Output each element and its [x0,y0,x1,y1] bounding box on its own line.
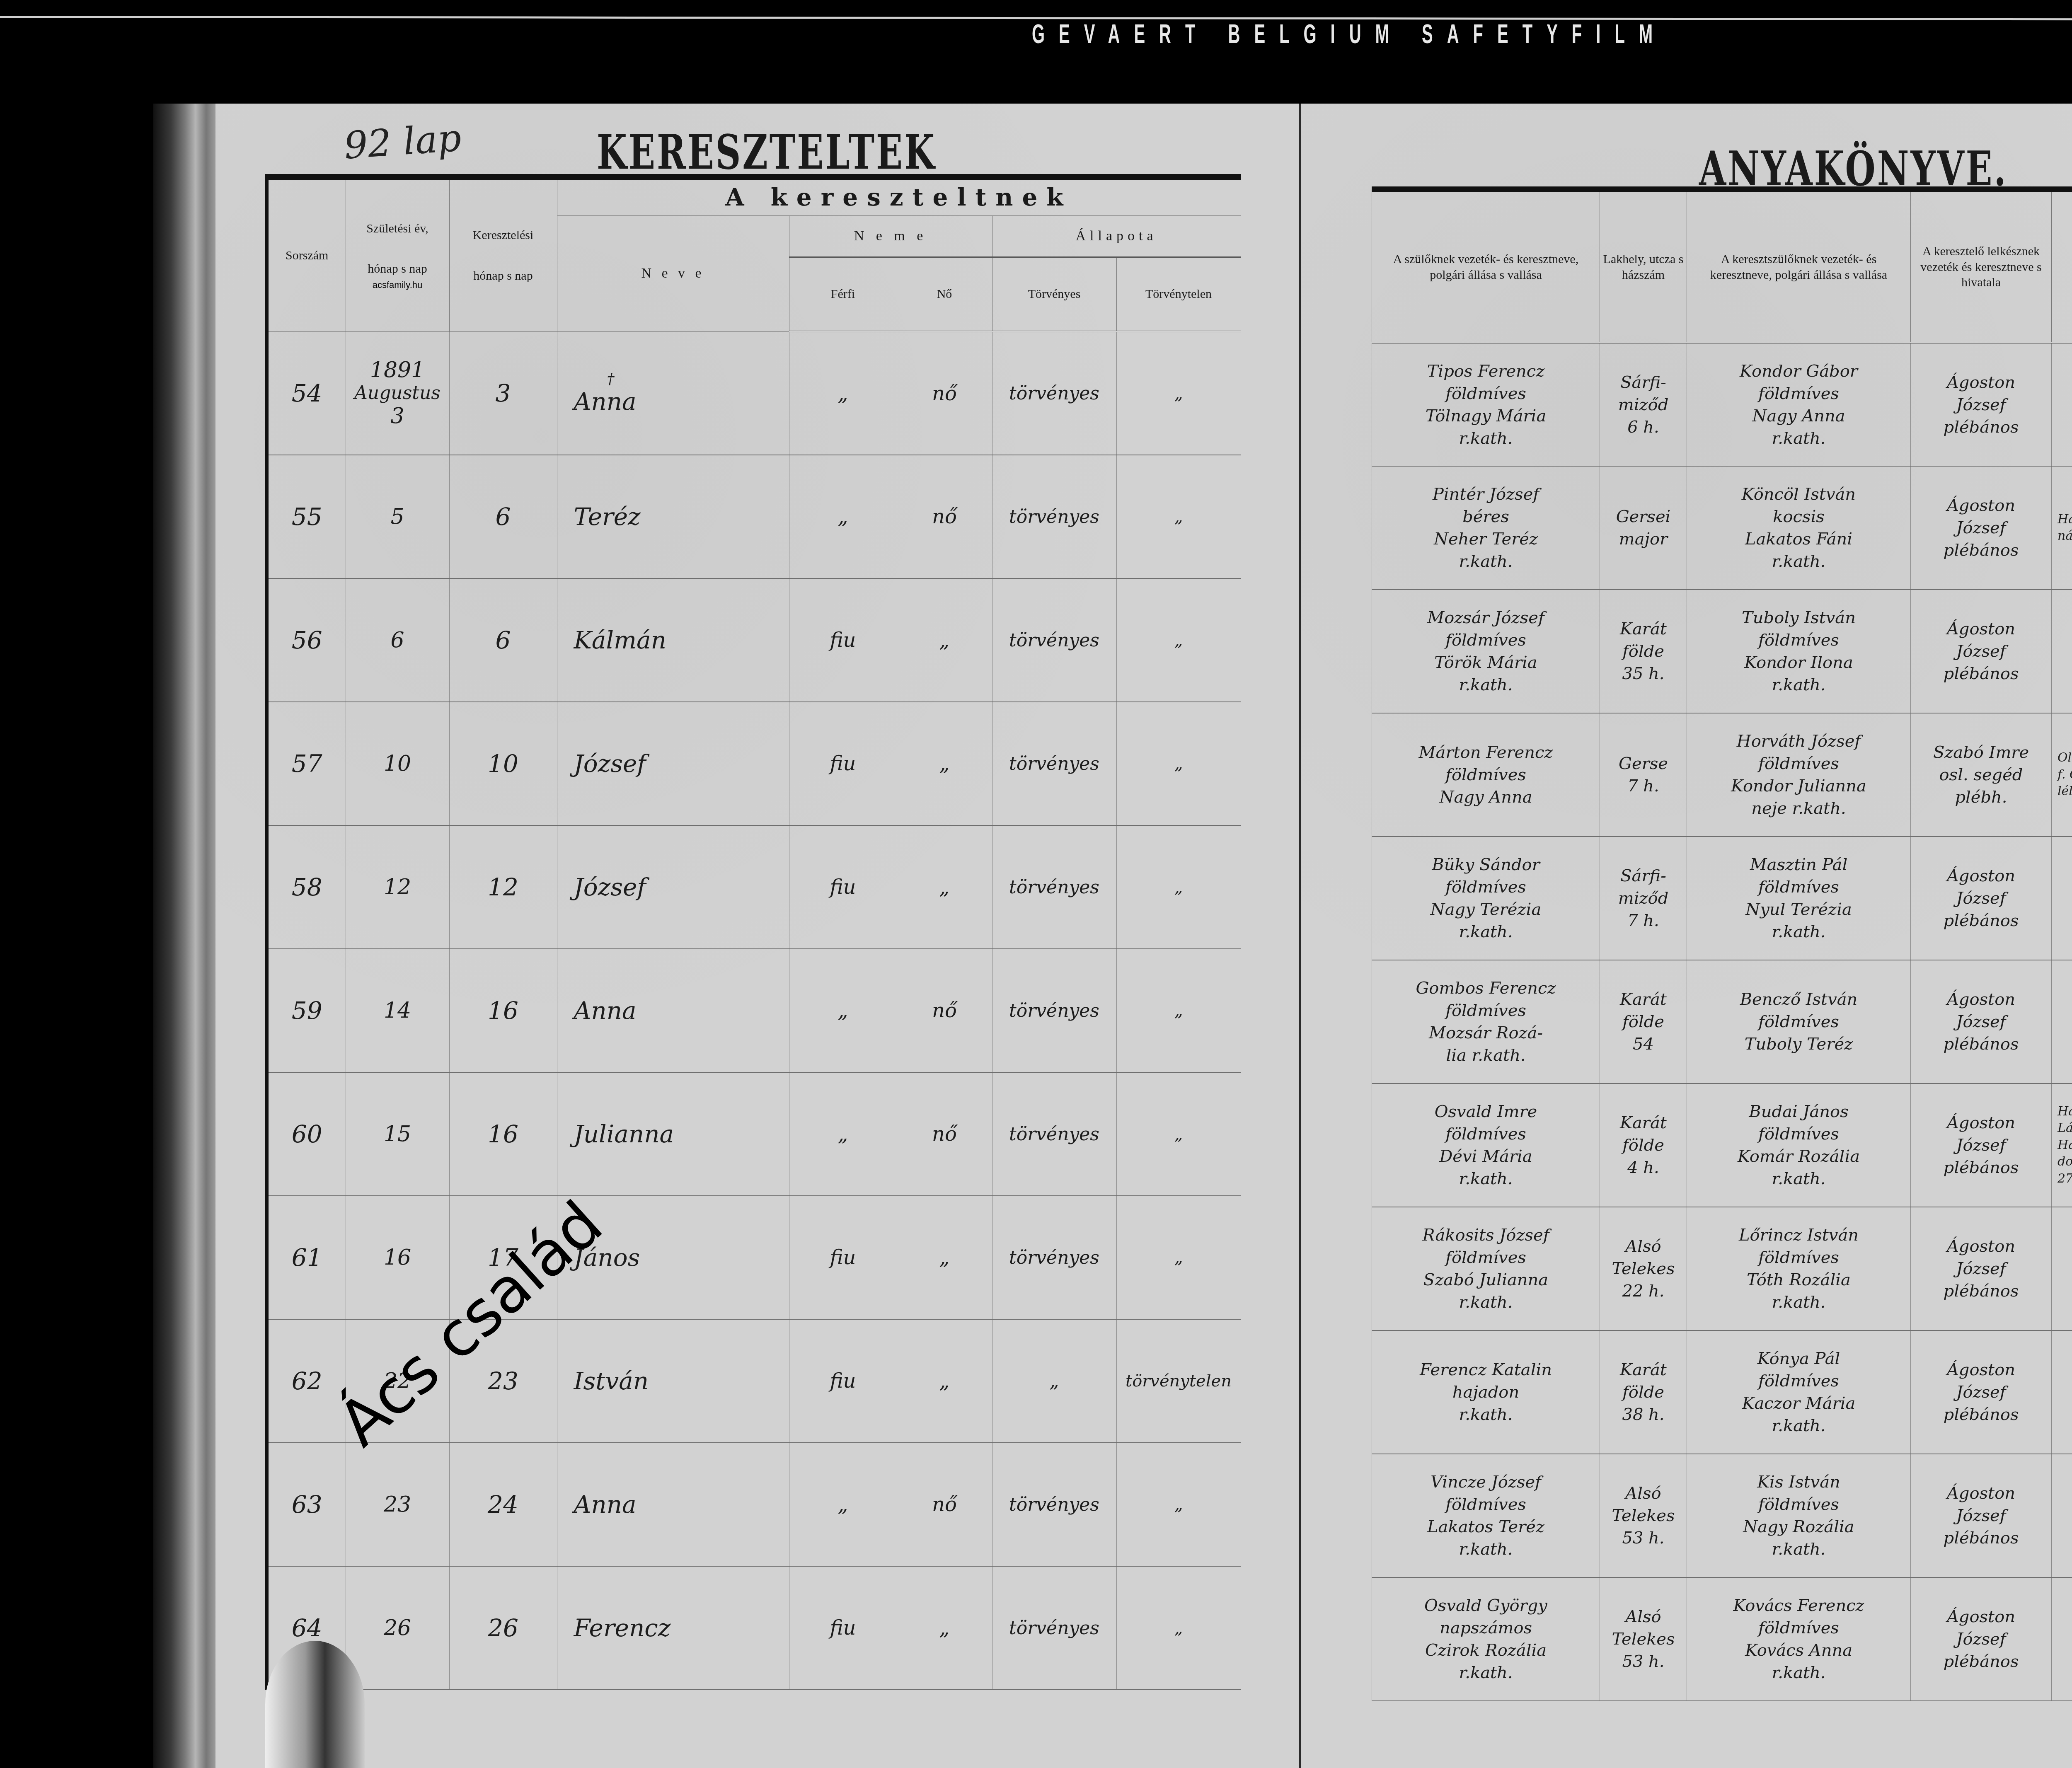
parents-line: Osvald Imre [1372,1100,1600,1123]
page-title-left: KERESZTELTEK [597,124,936,180]
baptism-day: 16 [449,949,557,1072]
godparents-line: Köncöl István [1687,483,1910,505]
remarks-cell [2052,1207,2072,1330]
table-row: Osvald ImreföldmívesDévi Máriar.kath.Kar… [1372,1084,2072,1207]
godparents-line: Kondor Gábor [1687,360,1910,382]
birth-date: 26 [346,1566,449,1690]
parents-line: r.kath. [1372,550,1600,573]
parents-cell: Márton FerenczföldmívesNagy Anna [1372,713,1600,837]
entry-number: 58 [267,825,346,949]
priest-line: Ágoston [1911,1359,2051,1381]
residence-line: 54 [1600,1033,1687,1055]
table-row: Pintér JózsefbéresNeher Terézr.kath.Gers… [1372,466,2072,590]
status-illegitimate: „ [1116,702,1241,825]
godparents-line: földmíves [1687,629,1910,651]
baptism-day: 3 [449,331,557,455]
godparents-line: földmíves [1687,876,1910,898]
birth-date: 5 [346,455,449,578]
parents-line: földmíves [1372,1493,1600,1516]
table-row: Márton FerenczföldmívesNagy AnnaGerse7 h… [1372,713,2072,837]
residence-cell: AlsóTelekes22 h. [1600,1207,1687,1330]
priest-line: plébános [1911,1280,2051,1302]
residence-cell: AlsóTelekes53 h. [1600,1454,1687,1577]
godparents-line: Tuboly István [1687,607,1910,629]
table-row: 5666Kálmánfiu„törvényes„ [267,578,1241,702]
status-legitimate: törvényes [992,455,1116,578]
priest-cell: ÁgostonJózsefplébános [1911,1207,2052,1330]
header-baptism-line1: Keresztelési [451,227,555,243]
priest-cell: ÁgostonJózsefplébános [1911,960,2052,1084]
residence-line: Telekes [1600,1628,1687,1650]
table-row: Büky SándorföldmívesNagy Teréziar.kath.S… [1372,837,2072,960]
header-sex: N e m e [789,215,992,257]
entry-number: 62 [267,1319,346,1443]
residence-line: Alsó [1600,1606,1687,1628]
parents-line: Lakatos Teréz [1372,1516,1600,1538]
godparents-line: r.kath. [1687,427,1910,450]
status-legitimate: törvényes [992,578,1116,702]
book-spine-left [153,104,224,1768]
table-row: 591416Anna„nőtörvényes„ [267,949,1241,1072]
godparents-line: földmíves [1687,1493,1910,1516]
priest-cell: ÁgostonJózsefplébános [1911,1454,2052,1577]
remarks-cell: Olvashatatlan szülöttf. Osztoni kereszte… [2052,713,2072,837]
birth-day: 3 [346,404,449,428]
parents-line: Dévi Mária [1372,1145,1600,1168]
header-illegitimate: Törvénytelen [1116,257,1241,331]
godparents-line: Bencző István [1687,988,1910,1011]
status-legitimate: törvényes [992,1196,1116,1319]
sex-female: nő [897,1443,992,1566]
entry-number: 54 [267,331,346,455]
birth-year: 1891 [346,358,449,382]
residence-cell: Sárfi-miződ7 h. [1600,837,1687,960]
parents-line: hajadon [1372,1381,1600,1403]
table-row: Rákosits JózsefföldmívesSzabó Juliannar.… [1372,1207,2072,1330]
header-parents: A szülőknek vezeték- és keresztneve, pol… [1372,189,1600,343]
child-name-text: Kálmán [574,626,666,654]
header-birth-date: Születési év, hónap s nap acsfamily.hu [346,177,449,331]
parents-line: Pintér József [1372,483,1600,505]
godparents-cell: Horváth JózsefföldmívesKondor Juliannane… [1687,713,1911,837]
remarks-line: f. Osztoni kereszte- [2057,767,2072,784]
remarks-cell [2052,590,2072,713]
godparents-line: földmíves [1687,1011,1910,1033]
godparents-line: r.kath. [1687,1168,1910,1190]
birth-day: 5 [346,504,449,529]
table-row: Tipos FerenczföldmívesTölnagy Máriar.kat… [1372,343,2072,466]
godparents-line: Horváth József [1687,730,1910,752]
residence-line: Sárfi- [1600,865,1687,887]
header-legitimate: Törvényes [992,257,1116,331]
priest-line: József [1911,517,2051,539]
remarks-cell [2052,960,2072,1084]
godparents-cell: Kondor GáborföldmívesNagy Annar.kath. [1687,343,1911,466]
table-row: Ferencz Katalinhajadonr.kath.Karátfölde3… [1372,1330,2072,1454]
residence-line: földe [1600,1381,1687,1403]
priest-line: Ágoston [1911,1235,2051,1258]
parents-line: földmíves [1372,999,1600,1022]
parents-line: r.kath. [1372,1168,1600,1190]
parents-line: földmíves [1372,382,1600,405]
remarks-line: Olvashatatlan szülött [2057,750,2072,767]
parents-line: lia r.kath. [1372,1044,1600,1067]
parents-cell: Vincze JózsefföldmívesLakatos Terézr.kat… [1372,1454,1600,1577]
parents-line: r.kath. [1372,1662,1600,1684]
priest-line: József [1911,1134,2051,1156]
sex-female: nő [897,455,992,578]
page-corner-curl [265,1641,365,1768]
entry-number: 60 [267,1072,346,1196]
residence-line: major [1600,528,1687,550]
sex-female: nő [897,949,992,1072]
status-illegitimate: „ [1116,825,1241,949]
birth-day: 6 [346,628,449,653]
parents-line: Nagy Terézia [1372,898,1600,921]
table-row: 601516Julianna„nőtörvényes„ [267,1072,1241,1196]
status-illegitimate: „ [1116,455,1241,578]
table-row: 581212Józseffiu„törvényes„ [267,825,1241,949]
residence-line: Gersei [1600,505,1687,528]
priest-line: Szabó Imre [1911,741,2051,764]
parents-line: r.kath. [1372,1403,1600,1426]
parents-line: r.kath. [1372,1538,1600,1560]
parents-line: földmíves [1372,629,1600,651]
residence-line: 7 h. [1600,775,1687,797]
godparents-line: Budai János [1687,1100,1910,1123]
godparents-line: r.kath. [1687,1538,1910,1560]
parents-cell: Büky SándorföldmívesNagy Teréziar.kath. [1372,837,1600,960]
child-name-text: Anna [574,1490,637,1519]
baptism-day: 6 [449,455,557,578]
godparents-line: földmíves [1687,1123,1910,1145]
godparents-line: Kondor Julianna [1687,775,1910,797]
child-name-text: Julianna [574,1120,674,1148]
sex-male: „ [789,1072,897,1196]
sex-male: fiu [789,1196,897,1319]
priest-line: József [1911,640,2051,663]
parents-line: Mozsár József [1372,607,1600,629]
remarks-cell [2052,837,2072,960]
table-row: Mozsár JózsefföldmívesTörök Máriar.kath.… [1372,590,2072,713]
priest-line: plébános [1911,909,2051,932]
remarks-line: † 1 Novemb 30 [2057,1380,2072,1404]
parents-line: r.kath. [1372,1291,1600,1313]
godparents-line: Tuboly Teréz [1687,1033,1910,1055]
residence-cell: Gerseimajor [1600,466,1687,590]
header-baptism-date: Keresztelési hónap s nap [449,177,557,331]
priest-cell: Szabó Imreosl. segédplébh. [1911,713,2052,837]
baptism-table-left: Sorszám Születési év, hónap s nap acsfam… [265,174,1241,1690]
header-remarks: Észrevételek. [2052,189,2072,343]
sex-female: „ [897,825,992,949]
priest-line: Ágoston [1911,618,2051,640]
table-row: 642626Ferenczfiu„törvényes„ [267,1566,1241,1690]
parents-line: Osvald György [1372,1594,1600,1617]
godparents-cell: Kis IstvánföldmívesNagy Rozáliar.kath. [1687,1454,1911,1577]
child-name-text: Anna [574,996,637,1025]
priest-line: József [1911,394,2051,416]
parents-line: Vincze József [1372,1471,1600,1493]
parents-cell: Tipos FerenczföldmívesTölnagy Máriar.kat… [1372,343,1600,466]
godparents-cell: Masztin PálföldmívesNyul Teréziar.kath. [1687,837,1911,960]
parents-line: Ferencz Katalin [1372,1359,1600,1381]
baptism-day: 10 [449,702,557,825]
header-birth-line2: hónap s nap [348,261,448,277]
priest-line: plébános [1911,416,2051,438]
residence-line: 22 h. [1600,1280,1687,1302]
residence-line: Alsó [1600,1235,1687,1258]
godparents-line: Kondor Ilona [1687,651,1910,674]
parents-line: napszámos [1372,1617,1600,1639]
status-legitimate: törvényes [992,702,1116,825]
entry-number: 55 [267,455,346,578]
entry-number: 59 [267,949,346,1072]
parents-line: Rákosits József [1372,1224,1600,1246]
entry-number: 57 [267,702,346,825]
sex-female: „ [897,1566,992,1690]
header-name: N e v e [557,215,789,331]
remarks-cell [2052,1454,2072,1577]
godparents-line: Komár Rozália [1687,1145,1910,1168]
godparents-line: földmíves [1687,1246,1910,1269]
priest-line: Ágoston [1911,1112,2051,1134]
residence-line: Gerse [1600,752,1687,775]
status-illegitimate: „ [1116,1566,1241,1690]
birth-day: 10 [346,751,449,776]
header-status: Állapota [992,215,1241,257]
residence-cell: Karátfölde4 h. [1600,1084,1687,1207]
status-illegitimate: „ [1116,1072,1241,1196]
residence-line: 7 h. [1600,909,1687,932]
child-name-text: István [574,1367,649,1395]
residence-line: Karát [1600,1359,1687,1381]
priest-cell: ÁgostonJózsefplébános [1911,466,2052,590]
status-illegitimate: „ [1116,578,1241,702]
remarks-cell: † 1 Novemb 30 [2052,1330,2072,1454]
birth-date: 12 [346,825,449,949]
priest-line: plébános [1911,1156,2051,1179]
birth-day: 26 [346,1616,449,1640]
header-male: Férfi [789,257,897,331]
sex-female: „ [897,702,992,825]
site-watermark: acsfamily.hu [348,279,448,291]
birth-month: Augustus [346,382,449,404]
parents-line: béres [1372,505,1600,528]
child-name: †Anna [557,331,789,455]
priest-line: József [1911,1381,2051,1403]
remarks-line: lélett. [2057,783,2072,800]
residence-line: Telekes [1600,1504,1687,1527]
remarks-line: Házasságra lépett Somogyi [2057,1103,2072,1120]
header-female: Nő [897,257,992,331]
godparents-cell: Kónya PálföldmívesKaczor Máriar.kath. [1687,1330,1911,1454]
parents-line: Büky Sándor [1372,854,1600,876]
header-group-baptized: A kereszteltnek [557,177,1241,215]
parents-line: Neher Teréz [1372,528,1600,550]
birth-day: 23 [346,1492,449,1517]
priest-line: Ágoston [1911,1482,2051,1504]
sex-female: „ [897,578,992,702]
godparents-line: Tóth Rozália [1687,1269,1910,1291]
godparents-line: Kovács Anna [1687,1639,1910,1662]
priest-line: plébános [1911,1033,2051,1055]
residence-line: 38 h. [1600,1403,1687,1426]
priest-line: plébános [1911,1527,2051,1549]
birth-date: 16 [346,1196,449,1319]
parents-line: földmíves [1372,1123,1600,1145]
godparents-line: Kovács Ferencz [1687,1594,1910,1617]
sex-female: „ [897,1319,992,1443]
child-name-text: Teréz [574,503,641,531]
parents-line: földmíves [1372,876,1600,898]
remarks-line: 1897 augustus 12én [2057,405,2072,429]
remarks-cell: Házasságra lépett Iszak Fot-námmal Vámán… [2052,466,2072,590]
residence-line: földe [1600,1134,1687,1156]
status-legitimate: törvényes [992,949,1116,1072]
birth-date: 6 [346,578,449,702]
godparents-line: Kaczor Mária [1687,1392,1910,1415]
parents-line: Tölnagy Mária [1372,405,1600,427]
parents-cell: Gombos FerenczföldmívesMozsár Rozá-lia r… [1372,960,1600,1084]
parents-line: Török Mária [1372,651,1600,674]
priest-cell: ÁgostonJózsefplébános [1911,590,2052,713]
residence-line: Sárfi- [1600,371,1687,394]
baptism-day: 12 [449,825,557,949]
remarks-line: Házasságra lépett Iszak Fot- [2057,511,2072,528]
sex-female: nő [897,1072,992,1196]
birth-date: 14 [346,949,449,1072]
birth-date: 15 [346,1072,449,1196]
child-name: József [557,825,789,949]
priest-cell: ÁgostonJózsefplébános [1911,1330,2052,1454]
residence-line: 53 h. [1600,1650,1687,1673]
parents-cell: Mozsár JózsefföldmívesTörök Máriar.kath. [1372,590,1600,713]
godparents-line: r.kath. [1687,921,1910,943]
birth-day: 14 [346,998,449,1023]
remarks-line: Házasságra lépett Zadra Kon- [2057,1137,2072,1154]
sex-male: „ [789,1443,897,1566]
remarks-cell [2052,1577,2072,1701]
child-name: Julianna [557,1072,789,1196]
godparents-line: r.kath. [1687,1415,1910,1437]
godparents-line: Masztin Pál [1687,854,1910,876]
priest-cell: ÁgostonJózsefplébános [1911,343,2052,466]
priest-line: József [1911,1504,2051,1527]
priest-line: Ágoston [1911,494,2051,517]
child-name: József [557,702,789,825]
entry-number: 61 [267,1196,346,1319]
godparents-line: földmíves [1687,1617,1910,1639]
godparents-line: Lakatos Fáni [1687,528,1910,550]
sex-female: „ [897,1196,992,1319]
residence-cell: Karátfölde54 [1600,960,1687,1084]
godparents-line: kocsis [1687,505,1910,528]
sex-male: fiu [789,1319,897,1443]
table-row: 611617Jánosfiu„törvényes„ [267,1196,1241,1319]
priest-line: plébános [1911,1650,2051,1673]
baptism-day: 24 [449,1443,557,1566]
status-legitimate: törvényes [992,1443,1116,1566]
priest-line: Ágoston [1911,371,2051,394]
godparents-line: r.kath. [1687,1662,1910,1684]
residence-line: földe [1600,1011,1687,1033]
birth-date: 10 [346,702,449,825]
status-illegitimate: törvénytelen [1116,1319,1241,1443]
priest-line: osl. segéd [1911,764,2051,786]
godparents-cell: Kovács FerenczföldmívesKovács Annar.kath… [1687,1577,1911,1701]
godparents-line: Nagy Anna [1687,405,1910,427]
child-name: Kálmán [557,578,789,702]
residence-line: földe [1600,640,1687,663]
table-row: 632324Anna„nőtörvényes„ [267,1443,1241,1566]
godparents-line: Kis István [1687,1471,1910,1493]
sex-male: fiu [789,578,897,702]
parents-cell: Pintér JózsefbéresNeher Terézr.kath. [1372,466,1600,590]
status-legitimate: törvényes [992,1072,1116,1196]
status-illegitimate: „ [1116,1196,1241,1319]
status-legitimate: törvényes [992,1566,1116,1690]
remarks-cell: Házasságra lépett SomogyiLászlóval 1907.… [2052,1084,2072,1207]
godparents-line: r.kath. [1687,550,1910,573]
godparents-line: Kónya Pál [1687,1347,1910,1370]
priest-line: József [1911,1628,2051,1650]
priest-line: Ágoston [1911,1606,2051,1628]
child-name: Teréz [557,455,789,578]
priest-line: József [1911,887,2051,909]
parents-line: Márton Ferencz [1372,741,1600,764]
parents-line: r.kath. [1372,427,1600,450]
baptism-day: 6 [449,578,557,702]
page-number-note: 92 lap [343,116,463,167]
remarks-line: námmal Vámánt 1919. febr. 27. [2057,528,2072,545]
parents-cell: Osvald ImreföldmívesDévi Máriar.kath. [1372,1084,1600,1207]
priest-line: plébános [1911,663,2051,685]
baptism-day: 16 [449,1072,557,1196]
header-birth-line1: Születési év, [348,221,448,237]
remarks-line: dor Istvánnal. Egervárott 1929. nov. 27. [2057,1154,2072,1187]
death-mark: † [574,370,789,387]
table-row: Vincze JózsefföldmívesLakatos Terézr.kat… [1372,1454,2072,1577]
status-legitimate: törvényes [992,331,1116,455]
parents-cell: Rákosits JózsefföldmívesSzabó Juliannar.… [1372,1207,1600,1330]
header-residence: Lakhely, utcza s házszám [1600,189,1687,343]
birth-day: 15 [346,1122,449,1146]
header-godparents: A keresztszülőknek vezeték- és keresztne… [1687,189,1911,343]
godparents-line: Nyul Terézia [1687,898,1910,921]
remarks-cell: †1897 augustus 12én [2052,343,2072,466]
godparents-cell: Köncöl IstvánkocsisLakatos Fánir.kath. [1687,466,1911,590]
sex-male: „ [789,949,897,1072]
birth-date: 1891Augustus3 [346,331,449,455]
remarks-line: Lászlóval 1907. szept. 12. [2057,1120,2072,1137]
parents-cell: Ferencz Katalinhajadonr.kath. [1372,1330,1600,1454]
parents-line: földmíves [1372,1246,1600,1269]
parents-line: Szabó Julianna [1372,1269,1600,1291]
parents-line: Gombos Ferencz [1372,977,1600,999]
priest-cell: ÁgostonJózsefplébános [1911,837,2052,960]
film-caption: GEVAERT BELGIUM SAFETYFILM [1032,20,1667,50]
status-illegitimate: „ [1116,1443,1241,1566]
residence-cell: Karátfölde35 h. [1600,590,1687,713]
child-name: Anna [557,1443,789,1566]
residence-cell: Karátfölde38 h. [1600,1330,1687,1454]
priest-line: plébános [1911,539,2051,561]
priest-line: József [1911,1011,2051,1033]
godparents-line: földmíves [1687,382,1910,405]
child-name: Anna [557,949,789,1072]
status-legitimate: törvényes [992,825,1116,949]
